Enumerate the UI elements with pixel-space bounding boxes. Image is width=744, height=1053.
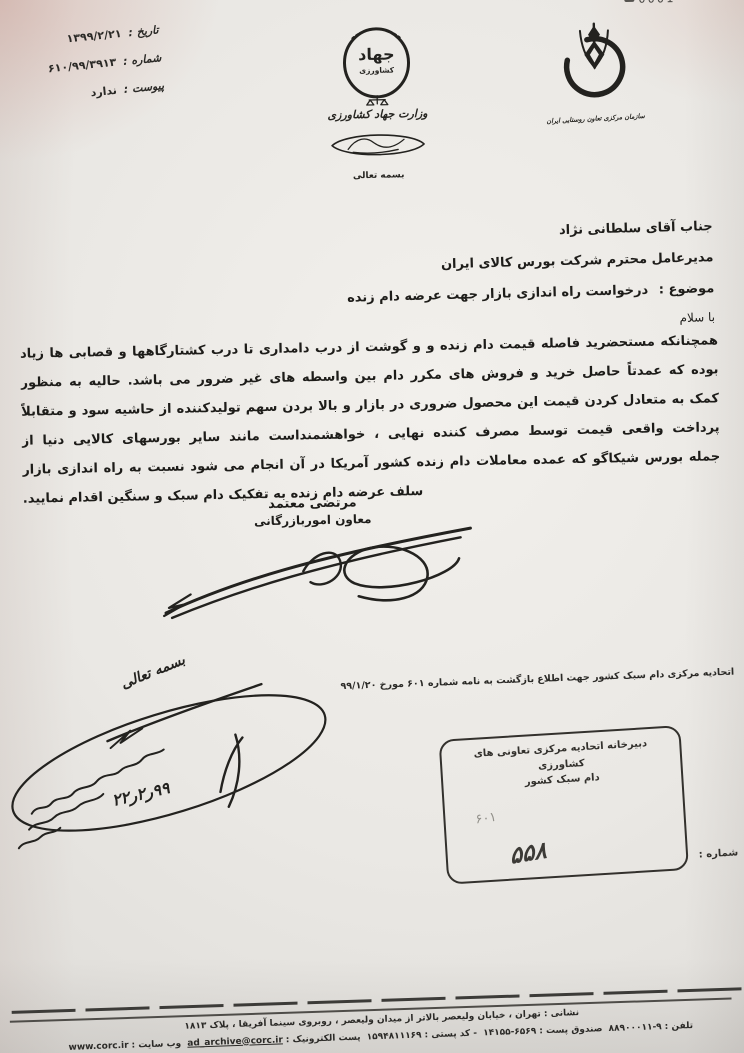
date-value: ۱۳۹۹/۲/۲۱ [66,27,122,45]
rural-cooperatives-logo-icon [552,17,638,107]
website-label: وب سایت : [131,1038,181,1050]
svg-text:جهاد: جهاد [358,44,395,64]
stamp-number-value: ۵۵۸ [509,838,548,870]
signature-scribble-icon [152,514,484,626]
subject-label: موضوع : [658,281,714,297]
date-label: تاریخ : [128,23,159,39]
website-value: www.corc.ir [68,1037,129,1053]
pobox-value: ۱۴۱۵۵-۶۵۶۹ [483,1023,537,1041]
besmele-text: بسمه تعالی [319,170,439,182]
letter-meta-block: تاریخ : ۱۳۹۹/۲/۲۱ شماره : ۶۱۰/۹۹/۳۹۱۳ پی… [38,23,164,103]
scan-marker-icon [624,0,634,2]
scanned-letter-page: 0001 تاریخ : ۱۳۹۹/۲/۲۱ شماره : ۶۱۰/۹۹/۳۹… [0,0,744,1053]
number-value: ۶۱۰/۹۹/۳۹۱۳ [47,56,116,76]
handwritten-scribble-icon [0,646,353,859]
stamp-header: دبیرخانه اتحادیه مرکزی تعاونی های کشاورز… [441,727,682,795]
meta-attachment-row: پیوست : ندارد [44,79,165,104]
cc-note: اتحادیه مرکزی دام سبک کشور جهت اطلاع باز… [340,667,734,692]
pobox-label: صندوق پست : [539,1024,602,1036]
cooperative-caption: سازمان مرکزی تعاون روستایی ایران [533,111,657,126]
number-label: شماره : [122,51,161,68]
jihad-keshavarzi-logo-icon: جهاد کشاورزی [332,23,422,107]
addressee-block: جناب آقای سلطانی نژاد مدیرعامل محترم شرک… [345,211,715,340]
handwritten-note: بسمه تعالی ۲۲ر۲ر۹۹ [0,646,353,859]
meta-date-row: تاریخ : ۱۳۹۹/۲/۲۱ [38,23,159,48]
meta-number-row: شماره : ۶۱۰/۹۹/۳۹۱۳ [41,51,162,76]
email-label: پست الکترونیک : [286,1032,361,1045]
attachment-label: پیوست : [123,79,164,96]
svg-text:کشاورزی: کشاورزی [359,65,395,75]
email-value: ad_archive@corc.ir [187,1032,283,1052]
scan-tilt-layer: 0001 تاریخ : ۱۳۹۹/۲/۲۱ شماره : ۶۱۰/۹۹/۳۹… [0,0,744,1053]
scan-corner-marker: 0001 [624,0,675,6]
phone-value: ۸۸۹۰۰۰۱۱-۹ [608,1019,662,1037]
scan-page-number: 0001 [638,0,675,6]
cooperative-letterhead: سازمان مرکزی تعاون روستایی ایران [532,16,658,123]
letter-body: همچنانکه مستحضرید فاصله قیمت دام زنده و … [20,326,721,513]
signatory-name: مرتضی معتمد [220,494,405,513]
ministry-letterhead: جهاد کشاورزی وزارت جهاد کشاورزی بسمه تعا… [316,23,439,182]
stamp-faint-number: ۶۰۱ [475,810,498,828]
subject-text: درخواست راه اندازی بازار جهت عرضه دام زن… [347,283,648,306]
postal-code-value: ۱۵۹۴۸۱۱۱۶۹ [366,1027,421,1045]
year-slogan-stamp-icon [326,127,431,163]
phone-label: تلفن : [665,1021,694,1032]
stamp-number-label: شماره : [698,847,738,860]
secretariat-stamp: دبیرخانه اتحادیه مرکزی تعاونی های کشاورز… [439,725,689,885]
postal-label: - کد پستی : [424,1028,477,1040]
ministry-caption: وزارت جهاد کشاورزی [317,107,437,122]
attachment-value: ندارد [90,84,117,99]
